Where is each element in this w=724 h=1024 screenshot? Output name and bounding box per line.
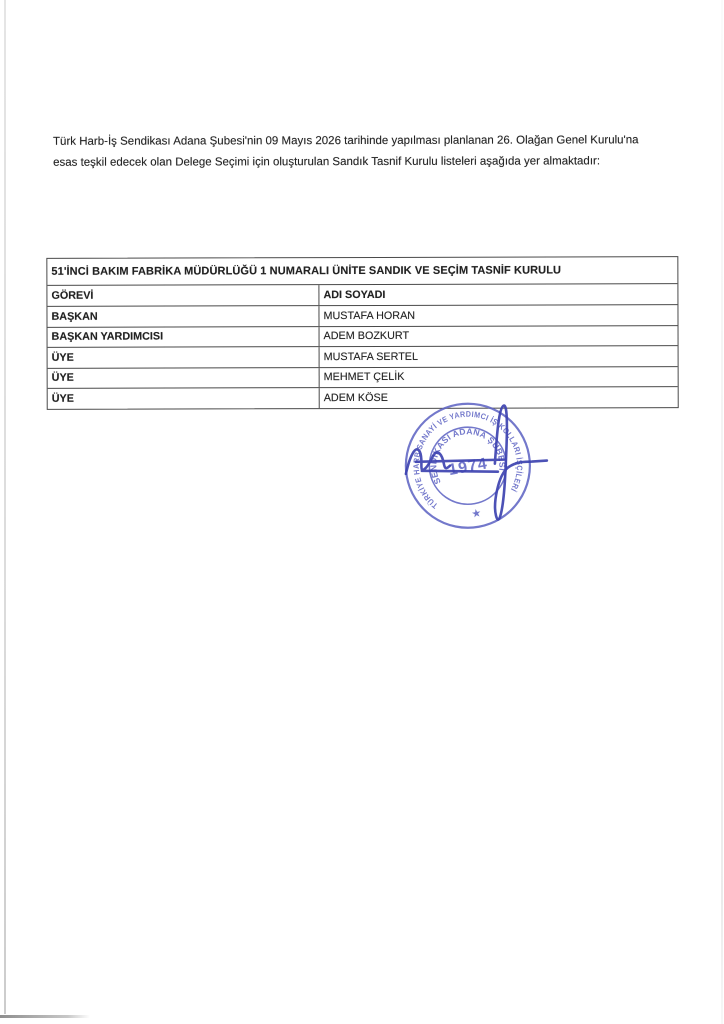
table-row: BAŞKAN MUSTAFA HORAN <box>47 304 677 326</box>
cell-gorevi: ÜYE <box>48 368 320 388</box>
table-row: ÜYE MEHMET ÇELİK <box>48 366 678 388</box>
cell-adi-soyadi: MUSTAFA SERTEL <box>320 346 678 366</box>
table-title: 51'İNCİ BAKIM FABRİKA MÜDÜRLÜĞÜ 1 NUMARA… <box>47 257 677 285</box>
intro-line-1: Türk Harb-İş Sendikası Adana Şubesi'nin … <box>53 130 639 152</box>
stamp-signature-svg: TÜRKİYE HARB SANAYİ VE YARDIMCI İŞ KOLLA… <box>400 395 560 535</box>
table-header-row: GÖREVİ ADI SOYADI <box>47 283 677 306</box>
scanned-document-page: Türk Harb-İş Sendikası Adana Şubesi'nin … <box>0 0 724 1024</box>
union-stamp-and-signature: TÜRKİYE HARB SANAYİ VE YARDIMCI İŞ KOLLA… <box>400 395 560 535</box>
committee-table: 51'İNCİ BAKIM FABRİKA MÜDÜRLÜĞÜ 1 NUMARA… <box>46 256 678 409</box>
intro-line-2: esas teşkil edecek olan Delege Seçimi iç… <box>53 151 639 173</box>
cell-adi-soyadi: ADEM BOZKURT <box>320 326 678 346</box>
cell-gorevi: BAŞKAN YARDIMCISI <box>48 327 320 347</box>
cell-adi-soyadi: MEHMET ÇELİK <box>320 367 678 387</box>
column-header-adi-soyadi: ADI SOYADI <box>319 284 677 305</box>
intro-paragraph: Türk Harb-İş Sendikası Adana Şubesi'nin … <box>53 130 639 173</box>
document-content: Türk Harb-İş Sendikası Adana Şubesi'nin … <box>0 0 724 1024</box>
table-row: ÜYE ADEM KÖSE <box>48 386 678 408</box>
cell-gorevi: BAŞKAN <box>47 306 319 326</box>
table-row: ÜYE MUSTAFA SERTEL <box>48 345 678 367</box>
cell-gorevi: ÜYE <box>48 347 320 367</box>
cell-adi-soyadi: MUSTAFA HORAN <box>319 305 677 325</box>
star-icon: ★ <box>471 507 483 521</box>
signature-strike-2 <box>422 471 498 472</box>
table-row: BAŞKAN YARDIMCISI ADEM BOZKURT <box>48 325 678 347</box>
column-header-gorevi: GÖREVİ <box>47 285 319 306</box>
cell-gorevi: ÜYE <box>48 388 320 408</box>
